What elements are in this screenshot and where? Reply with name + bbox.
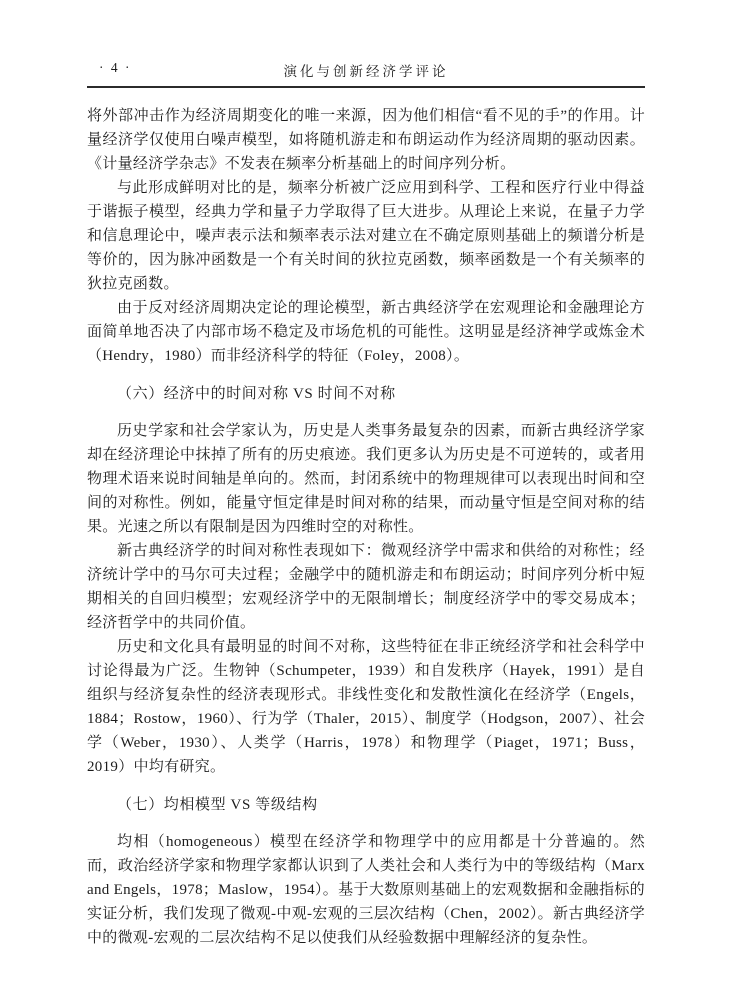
paragraph: 与此形成鲜明对比的是，频率分析被广泛应用到科学、工程和医疗行业中得益于谐振子模型… <box>87 176 645 296</box>
paragraph-continuation: 将外部冲击作为经济周期变化的唯一来源，因为他们相信“看不见的手”的作用。计量经济… <box>87 104 645 176</box>
paragraph: 历史和文化具有最明显的时间不对称，这些特征在非正统经济学和社会科学中讨论得最为广… <box>87 635 645 779</box>
paragraph: 均相（homogeneous）模型在经济学和物理学中的应用都是十分普遍的。然而，… <box>87 830 645 950</box>
section-heading-7: （七）均相模型 VS 等级结构 <box>87 793 645 817</box>
section-heading-6: （六）经济中的时间对称 VS 时间不对称 <box>87 382 645 406</box>
page-body: 将外部冲击作为经济周期变化的唯一来源，因为他们相信“看不见的手”的作用。计量经济… <box>87 104 645 950</box>
document-page: · 4 · 演化与创新经济学评论 将外部冲击作为经济周期变化的唯一来源，因为他们… <box>0 0 729 1005</box>
paragraph: 新古典经济学的时间对称性表现如下：微观经济学中需求和供给的对称性；经济统计学中的… <box>87 539 645 635</box>
journal-title: 演化与创新经济学评论 <box>87 60 645 80</box>
paragraph: 历史学家和社会学家认为，历史是人类事务最复杂的因素，而新古典经济学家却在经济理论… <box>87 419 645 539</box>
paragraph: 由于反对经济周期决定论的理论模型，新古典经济学在宏观理论和金融理论方面简单地否决… <box>87 296 645 368</box>
page-header: · 4 · 演化与创新经济学评论 <box>87 56 645 88</box>
